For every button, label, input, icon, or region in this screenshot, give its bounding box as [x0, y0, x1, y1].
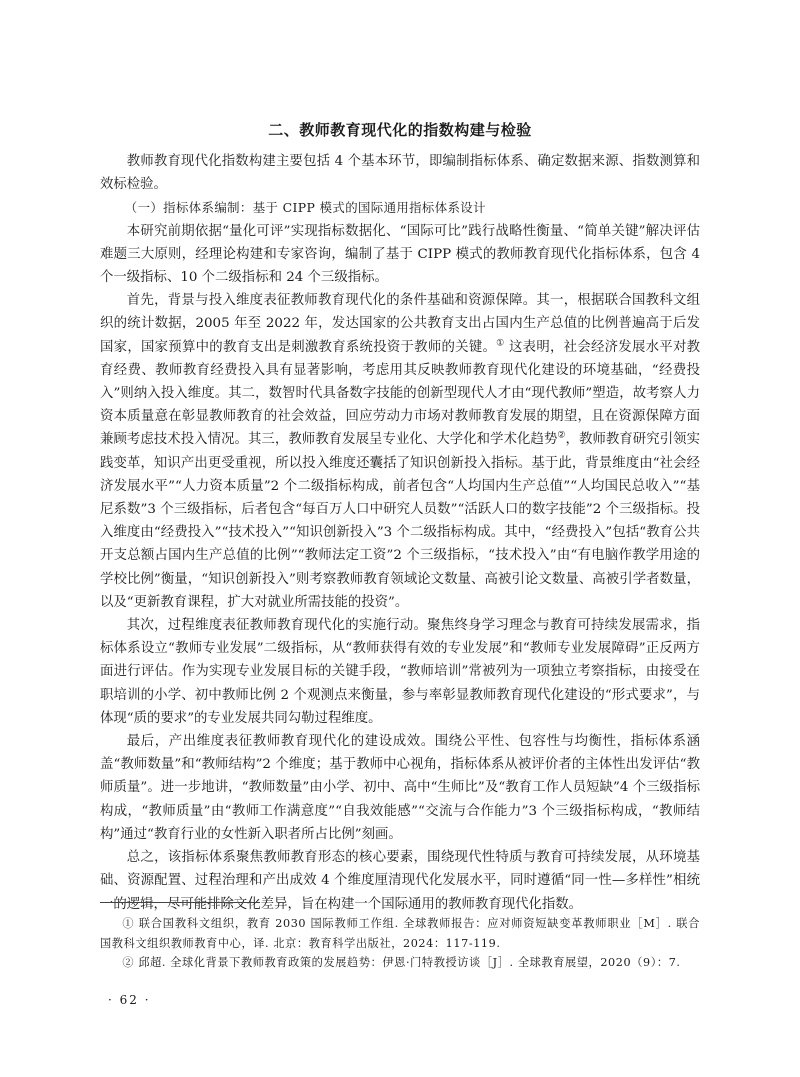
page-number: · 62 · — [108, 993, 151, 1007]
paragraph-summary: 总之，该指标体系聚焦教师教育形态的核心要素，围绕现代性特质与教育可持续发展，从环… — [100, 846, 700, 916]
intro-paragraph: 教师教育现代化指数构建主要包括 4 个基本环节，即编制指标体系、确定数据来源、指… — [100, 150, 700, 196]
body-text: 教师教育现代化指数构建主要包括 4 个基本环节，即编制指标体系、确定数据来源、指… — [100, 150, 700, 916]
section-title: 二、教师教育现代化的指数构建与检验 — [100, 119, 700, 140]
footnote-1: ① 联合国教科文组织，教育 2030 国际教师工作组. 全球教师报告：应对师资短… — [100, 914, 700, 953]
subsection-heading: （一）指标体系编制：基于 CIPP 模式的国际通用指标体系设计 — [100, 196, 700, 219]
paragraph-text: ，教师教育研究引领实践变革，知识产出更受重视，所以投入维度还囊括了知识创新投入指… — [100, 432, 700, 609]
paragraph-principles: 本研究前期依据“量化可评”实现指标数据化、“国际可比”践行战略性衡量、“简单关键… — [100, 220, 700, 290]
footnote-ref-2[interactable]: ② — [557, 431, 565, 441]
paragraph-process: 其次，过程维度表征教师教育现代化的实施行动。聚焦终身学习理念与教育可持续发展需求… — [100, 614, 700, 730]
paragraph-output: 最后，产出维度表征教师教育现代化的建设成效。围绕公平性、包容性与均衡性，指标体系… — [100, 730, 700, 846]
paragraph-background-input: 首先，背景与投入维度表征教师教育现代化的条件基础和资源保障。其一，根据联合国教科… — [100, 289, 700, 614]
footnote-divider — [100, 902, 260, 903]
footnote-ref-1[interactable]: ① — [496, 338, 504, 348]
footnote-2: ② 邱超. 全球化背景下教师教育政策的发展趋势：伊恩·门特教授访谈［J］. 全球… — [100, 953, 700, 973]
footnotes: ① 联合国教科文组织，教育 2030 国际教师工作组. 全球教师报告：应对师资短… — [100, 914, 700, 973]
